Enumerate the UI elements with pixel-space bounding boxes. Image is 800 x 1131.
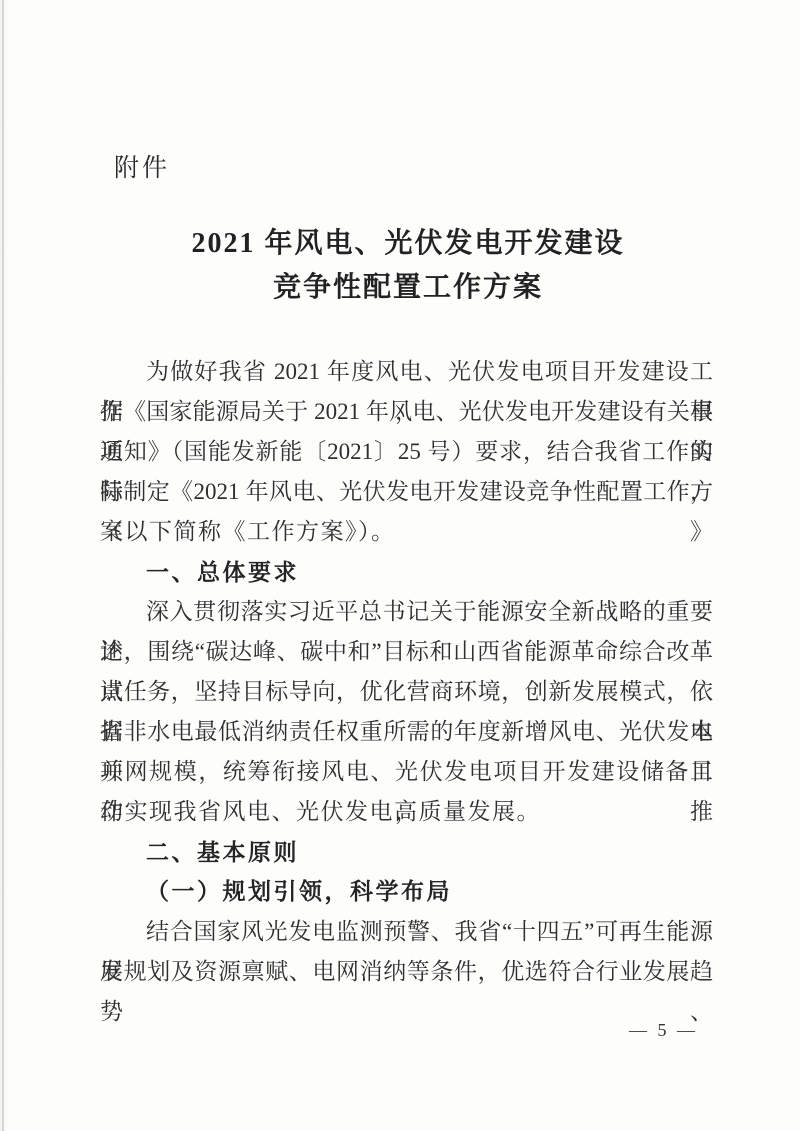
attachment-label: 附件 (114, 148, 170, 184)
section-heading: 一、总体要求 (100, 552, 713, 592)
document-page: 附件 2021 年风电、光伏发电开发建设 竞争性配置工作方案 为做好我省 202… (0, 0, 800, 1131)
document-title-line1: 2021 年风电、光伏发电开发建设 (100, 222, 716, 266)
body-line: 据《国家能源局关于 2021 年风电、光伏发电开发建设有关事项的 (100, 392, 713, 432)
body-line: 并网规模，统筹衔接风电、光伏发电项目开发建设储备工作，推 (100, 752, 713, 792)
body-line: 特制定《2021 年风电、光伏发电开发建设竞争性配置工作方案》 (100, 472, 713, 512)
body-line: 为做好我省 2021 年度风电、光伏发电项目开发建设工作，根 (100, 352, 713, 392)
section-heading: 二、基本原则 (100, 832, 713, 872)
body-line: 深入贯彻落实习近平总书记关于能源安全新战略的重要论 (100, 592, 713, 632)
body-line: 述，围绕“碳达峰、碳中和”目标和山西省能源革命综合改革试 (100, 632, 713, 672)
body-line: 省非水电最低消纳责任权重所需的年度新增风电、光伏发电项目 (100, 712, 713, 752)
subsection-heading: （一）规划引领，科学布局 (100, 872, 713, 912)
document-body: 为做好我省 2021 年度风电、光伏发电项目开发建设工作，根 据《国家能源局关于… (100, 352, 713, 992)
body-line: 点任务，坚持目标导向，优化营商环境，创新发展模式，依据本 (100, 672, 713, 712)
body-line: 通知》（国能发新能〔2021〕25 号）要求，结合我省工作实际， (100, 432, 713, 472)
body-line: 展规划及资源禀赋、电网消纳等条件，优选符合行业发展趋势、 (100, 952, 713, 992)
document-title-line2: 竞争性配置工作方案 (100, 266, 716, 310)
document-title: 2021 年风电、光伏发电开发建设 竞争性配置工作方案 (100, 222, 716, 310)
page-number: — 5 — (629, 1020, 698, 1041)
scan-edge-line (2, 0, 4, 1131)
body-line: 结合国家风光发电监测预警、我省“十四五”可再生能源发 (100, 912, 713, 952)
